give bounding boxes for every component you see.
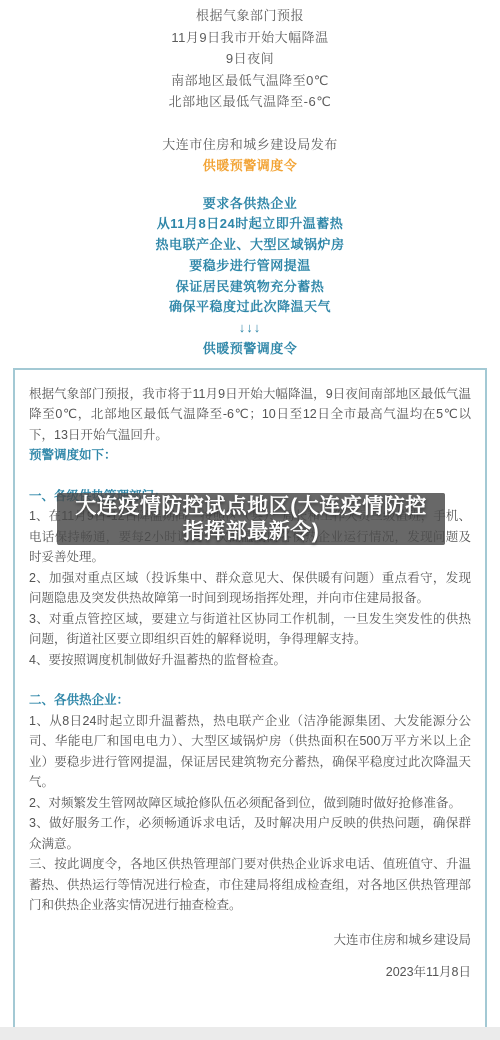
- section1-item: 4、要按照调度机制做好升温蓄热的监督检查。: [29, 650, 471, 671]
- notice-line: 从11月8日24时起立即升温蓄热: [0, 214, 500, 235]
- weather-forecast-block: 根据气象部门预报 11月9日我市开始大幅降温 9日夜间 南部地区最低气温降至0℃…: [0, 0, 500, 177]
- overlay-title-line1: 大连疫情防控试点地区(大连疫情防控: [75, 494, 427, 519]
- section3-paragraph: 三、按此调度令，各地区供热管理部门要对供热企业诉求电话、值班值守、升温蓄热、供热…: [29, 854, 471, 916]
- heating-notice-block: 要求各供热企业 从11月8日24时起立即升温蓄热 热电联产企业、大型区域锅炉房 …: [0, 194, 500, 360]
- section2-item: 2、对频繁发生管网故障区域抢修队伍必须配备到位，做到随时做好抢修准备。: [29, 793, 471, 814]
- section2-heading: 二、各供热企业：: [29, 690, 471, 711]
- section1-item: 3、对重点管控区域，要建立与街道社区协同工作机制，一旦发生突发性的供热问题，街道…: [29, 609, 471, 650]
- spacer: [0, 113, 500, 134]
- section1-item: 2、加强对重点区域（投诉集中、群众意见大、保供暖有问题）重点看守，发现问题隐患及…: [29, 568, 471, 609]
- down-arrows-icon: ↓↓↓: [0, 318, 500, 339]
- forecast-line: 11月9日我市开始大幅降温: [0, 27, 500, 49]
- doc-intro-tail: 预警调度如下：: [29, 445, 471, 466]
- dispatch-order-document: 根据气象部门预报，我市将于11月9日开始大幅降温，9日夜间南部地区最低气温降至0…: [13, 368, 487, 1032]
- issuer-line: 大连市住房和城乡建设局发布: [0, 134, 500, 156]
- notice-line: 热电联产企业、大型区域锅炉房: [0, 235, 500, 256]
- forecast-line: 南部地区最低气温降至0℃: [0, 70, 500, 92]
- signature-date: 2023年11月8日: [29, 962, 471, 983]
- order-title-teal: 供暖预警调度令: [0, 339, 500, 360]
- notice-line: 要稳步进行管网提温: [0, 256, 500, 277]
- doc-intro: 根据气象部门预报，我市将于11月9日开始大幅降温，9日夜间南部地区最低气温降至0…: [29, 384, 471, 446]
- forecast-line: 9日夜间: [0, 48, 500, 70]
- signature: 大连市住房和城乡建设局: [29, 930, 471, 951]
- bottom-gray-strip: [0, 1027, 500, 1040]
- section2-item: 1、从8日24时起立即升温蓄热，热电联产企业（洁净能源集团、大发能源分公司、华能…: [29, 711, 471, 793]
- notice-line: 保证居民建筑物充分蓄热: [0, 277, 500, 298]
- notice-line: 要求各供热企业: [0, 194, 500, 215]
- forecast-line: 北部地区最低气温降至-6℃: [0, 91, 500, 113]
- forecast-line: 根据气象部门预报: [0, 5, 500, 27]
- overlay-title-line2: 指挥部最新令): [183, 519, 320, 544]
- order-title-orange: 供暖预警调度令: [0, 155, 500, 177]
- section2-item: 3、做好服务工作，必须畅通诉求电话，及时解决用户反映的供热问题，确保群众满意。: [29, 813, 471, 854]
- notice-line: 确保平稳度过此次降温天气: [0, 297, 500, 318]
- overlay-title-band: 大连疫情防控试点地区(大连疫情防控 指挥部最新令): [57, 493, 445, 545]
